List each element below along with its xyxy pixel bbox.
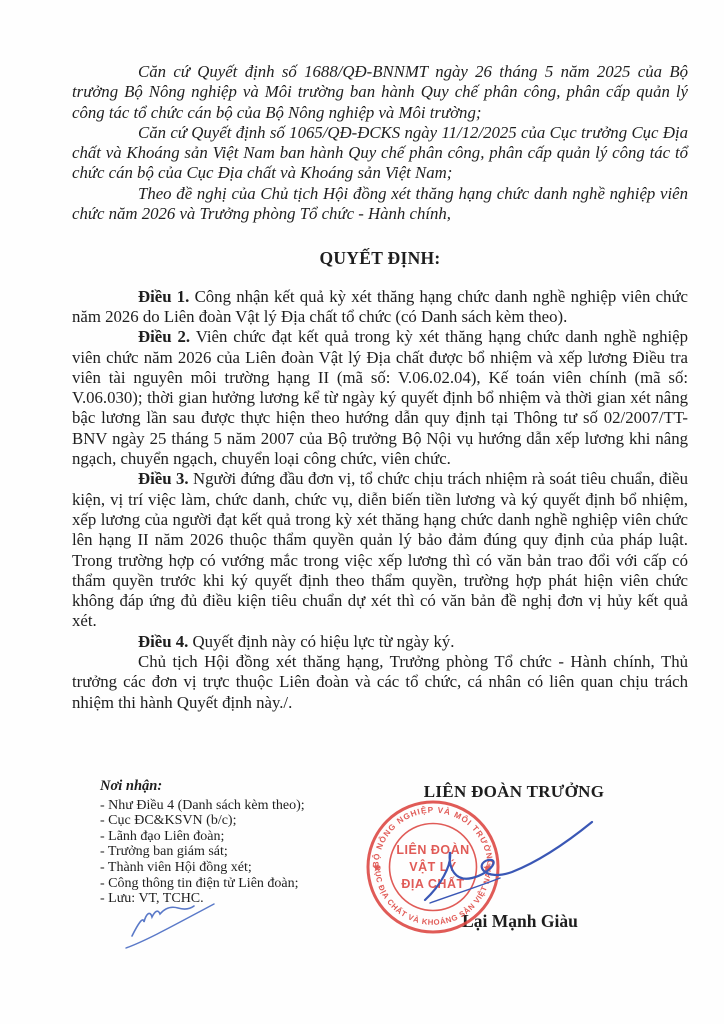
recipient-item: - Cục ĐC&KSVN (b/c); bbox=[100, 813, 360, 829]
recipient-item: - Như Điều 4 (Danh sách kèm theo); bbox=[100, 798, 360, 814]
recipients-label: Nơi nhận: bbox=[100, 779, 360, 795]
article-label: Điều 2. bbox=[138, 327, 190, 346]
preamble-paragraph: Căn cứ Quyết định số 1065/QĐ-ĐCKS ngày 1… bbox=[72, 123, 688, 184]
recipient-item: - Lãnh đạo Liên đoàn; bbox=[100, 829, 360, 845]
preamble-paragraph: Căn cứ Quyết định số 1688/QĐ-BNNMT ngày … bbox=[72, 62, 688, 123]
decision-heading: QUYẾT ĐỊNH: bbox=[72, 248, 688, 268]
stamp-star-left-icon: ★ bbox=[373, 863, 382, 873]
article-body: Người đứng đầu đơn vị, tổ chức chịu trác… bbox=[72, 469, 688, 630]
closing-paragraph: Chủ tịch Hội đồng xét thăng hạng, Trưởng… bbox=[72, 652, 688, 713]
recipient-item: - Công thông tin điện tử Liên đoàn; bbox=[100, 876, 360, 892]
article-paragraph: Điều 3. Người đứng đầu đơn vị, tổ chức c… bbox=[72, 469, 688, 631]
article-body: Viên chức đạt kết quả trong kỳ xét thăng… bbox=[72, 327, 688, 468]
recipient-item: - Thành viên Hội đồng xét; bbox=[100, 860, 360, 876]
preamble: Căn cứ Quyết định số 1688/QĐ-BNNMT ngày … bbox=[72, 62, 688, 224]
article-label: Điều 3. bbox=[138, 469, 189, 488]
document-page: Căn cứ Quyết định số 1688/QĐ-BNNMT ngày … bbox=[0, 0, 724, 1024]
recipients-block: Nơi nhận: - Như Điều 4 (Danh sách kèm th… bbox=[100, 779, 360, 907]
recipient-item: - Trưởng ban giám sát; bbox=[100, 844, 360, 860]
article-paragraph: Điều 4. Quyết định này có hiệu lực từ ng… bbox=[72, 632, 688, 652]
document-body: Căn cứ Quyết định số 1688/QĐ-BNNMT ngày … bbox=[72, 62, 688, 713]
preamble-paragraph: Theo đề nghị của Chủ tịch Hội đồng xét t… bbox=[72, 184, 688, 225]
signature-scrawl bbox=[400, 808, 610, 913]
article-paragraph: Điều 1. Công nhận kết quả kỳ xét thăng h… bbox=[72, 287, 688, 328]
recipients-list: - Như Điều 4 (Danh sách kèm theo); - Cục… bbox=[100, 798, 360, 907]
article-body: Quyết định này có hiệu lực từ ngày ký. bbox=[188, 632, 454, 651]
article-label: Điều 4. bbox=[138, 632, 188, 651]
article-paragraph: Điều 2. Viên chức đạt kết quả trong kỳ x… bbox=[72, 327, 688, 469]
article-label: Điều 1. bbox=[138, 287, 189, 306]
initials-scrawl bbox=[118, 898, 228, 953]
